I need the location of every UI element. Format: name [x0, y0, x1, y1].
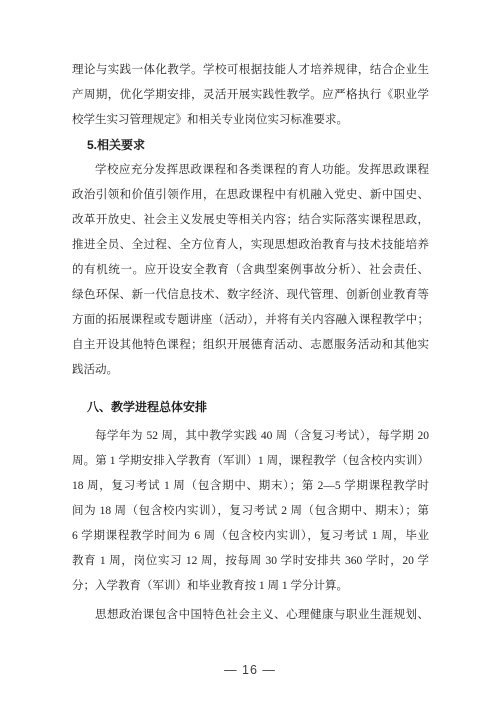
paragraph-line: 政治引领和价值引领作用，在思政课程中有机融入党史、新中国史、: [72, 183, 429, 208]
paragraph-line: 方面的拓展课程或专题讲座（活动），并将有关内容融入课程教学中；: [72, 308, 429, 333]
paragraph-line: 改革开放史、社会主义发展史等相关内容；结合实际落实课程思政，: [72, 208, 429, 233]
paragraph-political-courses: 思想政治课包含中国特色社会主义、心理健康与职业生涯规划、: [72, 603, 429, 628]
paragraph-line: 学校应充分发挥思政课程和各类课程的育人功能。发挥思政课程: [72, 158, 429, 183]
section-heading-teaching-schedule: 八、教学进程总体安排: [72, 395, 429, 420]
document-content: 理论与实践一体化教学。学校可根据技能人才培养规律，结合企业生 产周期，优化学期安…: [72, 58, 429, 628]
paragraph-line: 18 周，复习考试 1 周（包含期中、期末）；第 2—5 学期课程教学时: [72, 474, 429, 499]
paragraph-line: 自主开设其他特色课程；组织开展德育活动、志愿服务活动和其他实: [72, 333, 429, 358]
paragraph-line: 的有机统一。应开设安全教育（含典型案例事故分析）、社会责任、: [72, 258, 429, 283]
paragraph-line: 间为 18 周（包含校内实训），复习考试 2 周（包含期中、期末）；第: [72, 499, 429, 524]
document-page: 理论与实践一体化教学。学校可根据技能人才培养规律，结合企业生 产周期，优化学期安…: [0, 0, 500, 707]
page-footer: — 16 —: [0, 661, 500, 679]
paragraph-schedule-weeks: 每学年为 52 周，其中教学实践 40 周（含复习考试），每学期 20 周。第 …: [72, 424, 429, 599]
paragraph-internship-teaching: 理论与实践一体化教学。学校可根据技能人才培养规律，结合企业生 产周期，优化学期安…: [72, 58, 429, 133]
paragraph-line: 践活动。: [72, 358, 429, 383]
paragraph-line: 分；入学教育（军训）和毕业教育按 1 周 1 学分计算。: [72, 574, 429, 599]
paragraph-line: 教育 1 周，岗位实习 12 周，按每周 30 学时安排共 360 学时，20 …: [72, 549, 429, 574]
paragraph-line: 每学年为 52 周，其中教学实践 40 周（含复习考试），每学期 20: [72, 424, 429, 449]
paragraph-line: 思想政治课包含中国特色社会主义、心理健康与职业生涯规划、: [72, 603, 429, 628]
paragraph-line: 理论与实践一体化教学。学校可根据技能人才培养规律，结合企业生: [72, 58, 429, 83]
paragraph-ideological-education: 学校应充分发挥思政课程和各类课程的育人功能。发挥思政课程 政治引领和价值引领作用…: [72, 158, 429, 383]
paragraph-line: 周。第 1 学期安排入学教育（军训）1 周，课程教学（包含校内实训）: [72, 449, 429, 474]
paragraph-line: 6 学期课程教学时间为 6 周（包含校内实训），复习考试 1 周，毕业: [72, 524, 429, 549]
page-number: — 16 —: [224, 663, 276, 677]
paragraph-line: 绿色环保、新一代信息技术、数字经济、现代管理、创新创业教育等: [72, 283, 429, 308]
paragraph-line: 推进全员、全过程、全方位育人，实现思想政治教育与技术技能培养: [72, 233, 429, 258]
paragraph-line: 产周期，优化学期安排，灵活开展实践性教学。应严格执行《职业学: [72, 83, 429, 108]
paragraph-line: 校学生实习管理规定》和相关专业岗位实习标准要求。: [72, 108, 429, 133]
section-heading-related-requirements: 5.相关要求: [72, 133, 429, 158]
